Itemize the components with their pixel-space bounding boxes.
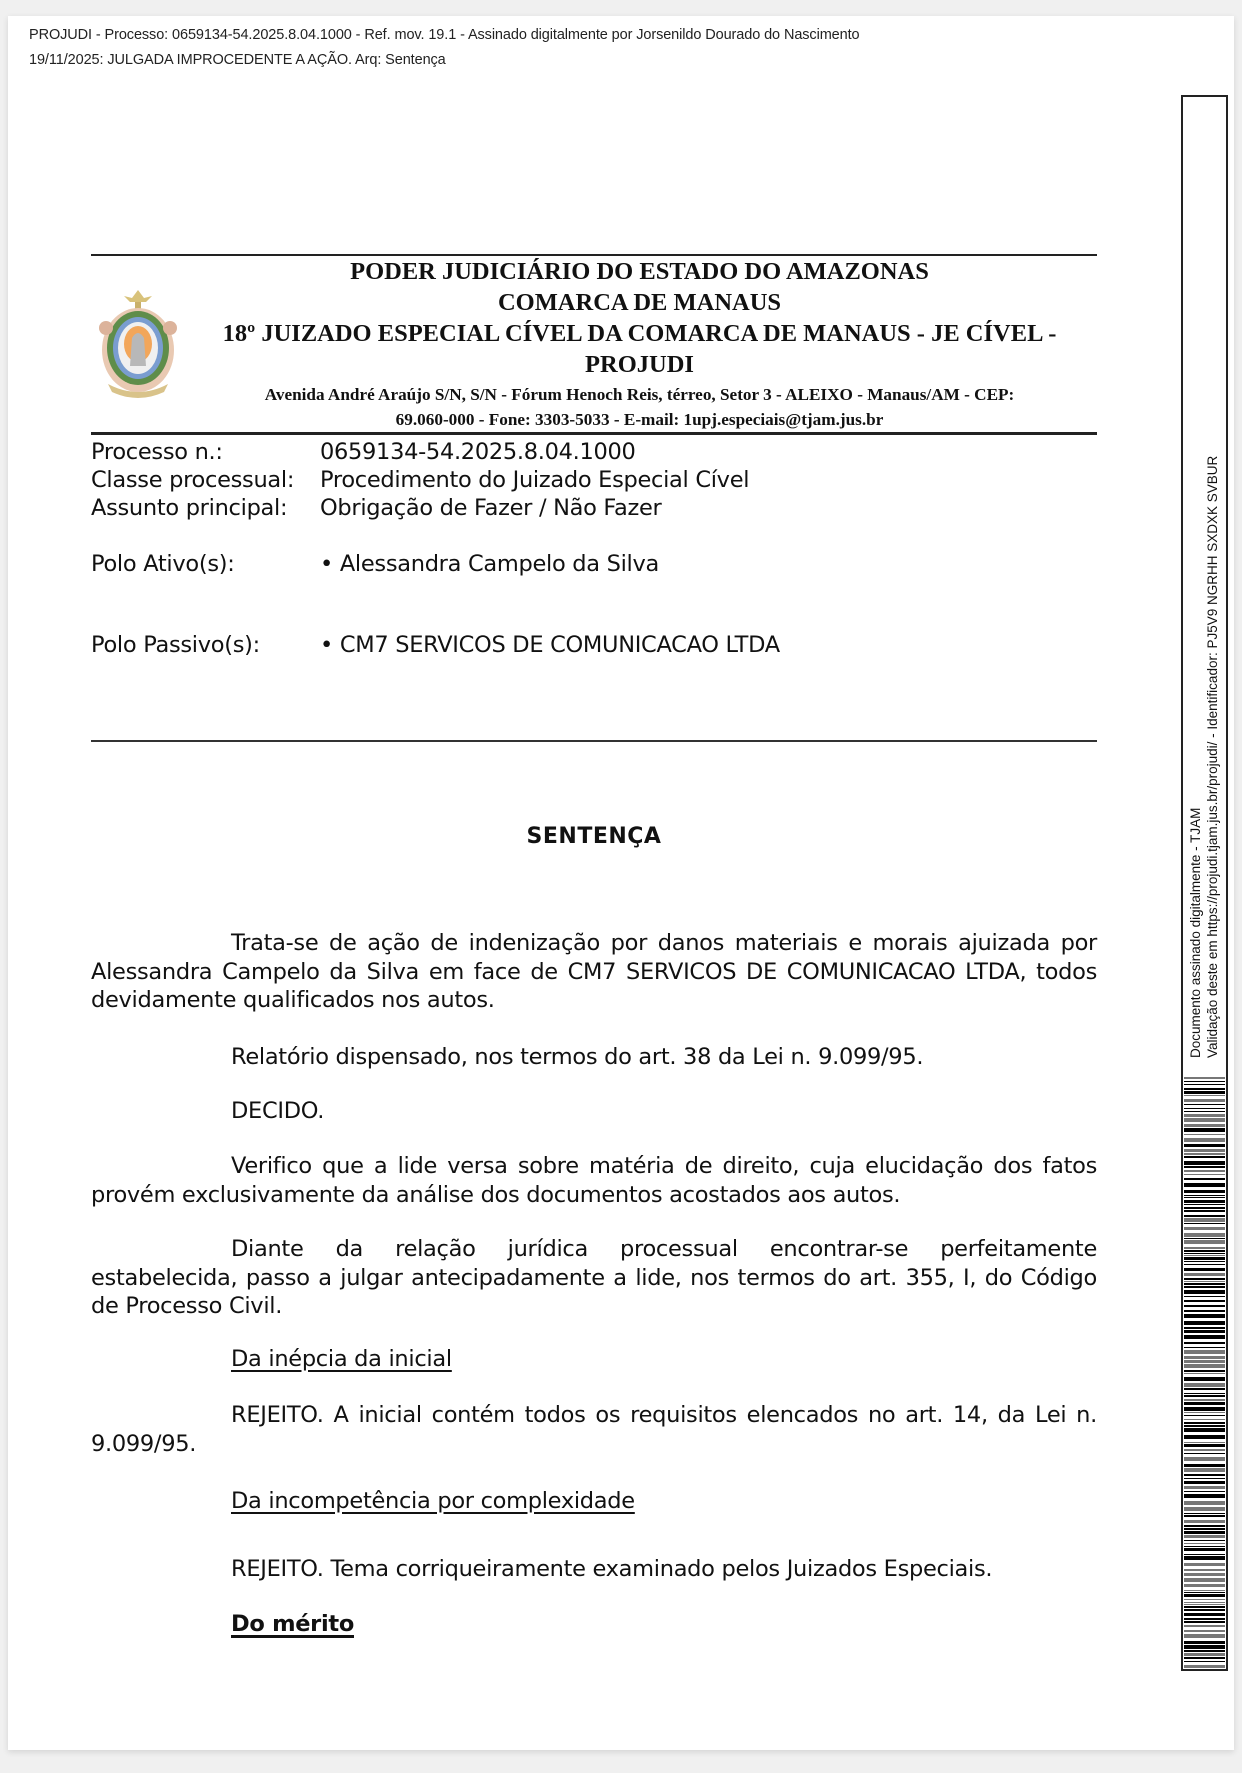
case-info-label: Polo Passivo(s): <box>91 632 260 658</box>
paragraph: Verifico que a lide versa sobre matéria … <box>91 1152 1097 1209</box>
signature-stamp-line-1: Documento assinado digitalmente - TJAM <box>1188 808 1203 1058</box>
signature-stamp-line-2: Validação deste em https://projudi.tjam.… <box>1205 456 1220 1058</box>
district-name: COMARCA DE MANAUS <box>182 289 1097 317</box>
case-info-value: • Alessandra Campelo da Silva <box>320 551 659 577</box>
paragraph: Relatório dispensado, nos termos do art.… <box>91 1043 1097 1072</box>
section-heading: Da incompetência por complexidade <box>231 1488 635 1514</box>
paragraph: DECIDO. <box>91 1097 1097 1126</box>
court-unit-system: PROJUDI <box>182 351 1097 379</box>
case-info-label: Processo n.: <box>91 439 223 465</box>
case-info-value: • CM7 SERVICOS DE COMUNICACAO LTDA <box>320 632 780 658</box>
paragraph: REJEITO. Tema corriqueiramente examinado… <box>91 1555 1097 1584</box>
document-title: SENTENÇA <box>91 824 1097 849</box>
section-separator <box>91 740 1097 742</box>
letterhead-top-rule <box>91 254 1097 256</box>
court-address-line-2: 69.060-000 - Fone: 3303-5033 - E-mail: 1… <box>182 410 1097 430</box>
section-heading: Do mérito <box>231 1611 354 1637</box>
paragraph: Diante da relação jurídica processual en… <box>91 1235 1097 1321</box>
viewer-header-line-2: 19/11/2025: JULGADA IMPROCEDENTE A AÇÃO.… <box>29 52 446 68</box>
section-heading: Da inépcia da inicial <box>231 1346 452 1372</box>
paragraph: Trata-se de ação de indenização por dano… <box>91 929 1097 1015</box>
case-info-value: 0659134-54.2025.8.04.1000 <box>320 439 636 465</box>
letterhead-bottom-rule <box>91 432 1097 435</box>
case-info-label: Polo Ativo(s): <box>91 551 235 577</box>
case-info-label: Classe processual: <box>91 467 294 493</box>
court-unit: 18º JUIZADO ESPECIAL CÍVEL DA COMARCA DE… <box>182 320 1097 348</box>
paragraph: REJEITO. A inicial contém todos os requi… <box>91 1401 1097 1458</box>
case-info-value: Obrigação de Fazer / Não Fazer <box>320 495 661 521</box>
case-info-label: Assunto principal: <box>91 495 287 521</box>
barcode-icon <box>1184 1077 1225 1669</box>
case-info-value: Procedimento do Juizado Especial Cível <box>320 467 749 493</box>
viewer-header-line-1: PROJUDI - Processo: 0659134-54.2025.8.04… <box>29 27 860 43</box>
coat-of-arms-icon <box>94 288 182 402</box>
court-address-line-1: Avenida André Araújo S/N, S/N - Fórum He… <box>182 385 1097 405</box>
court-name: PODER JUDICIÁRIO DO ESTADO DO AMAZONAS <box>182 258 1097 286</box>
